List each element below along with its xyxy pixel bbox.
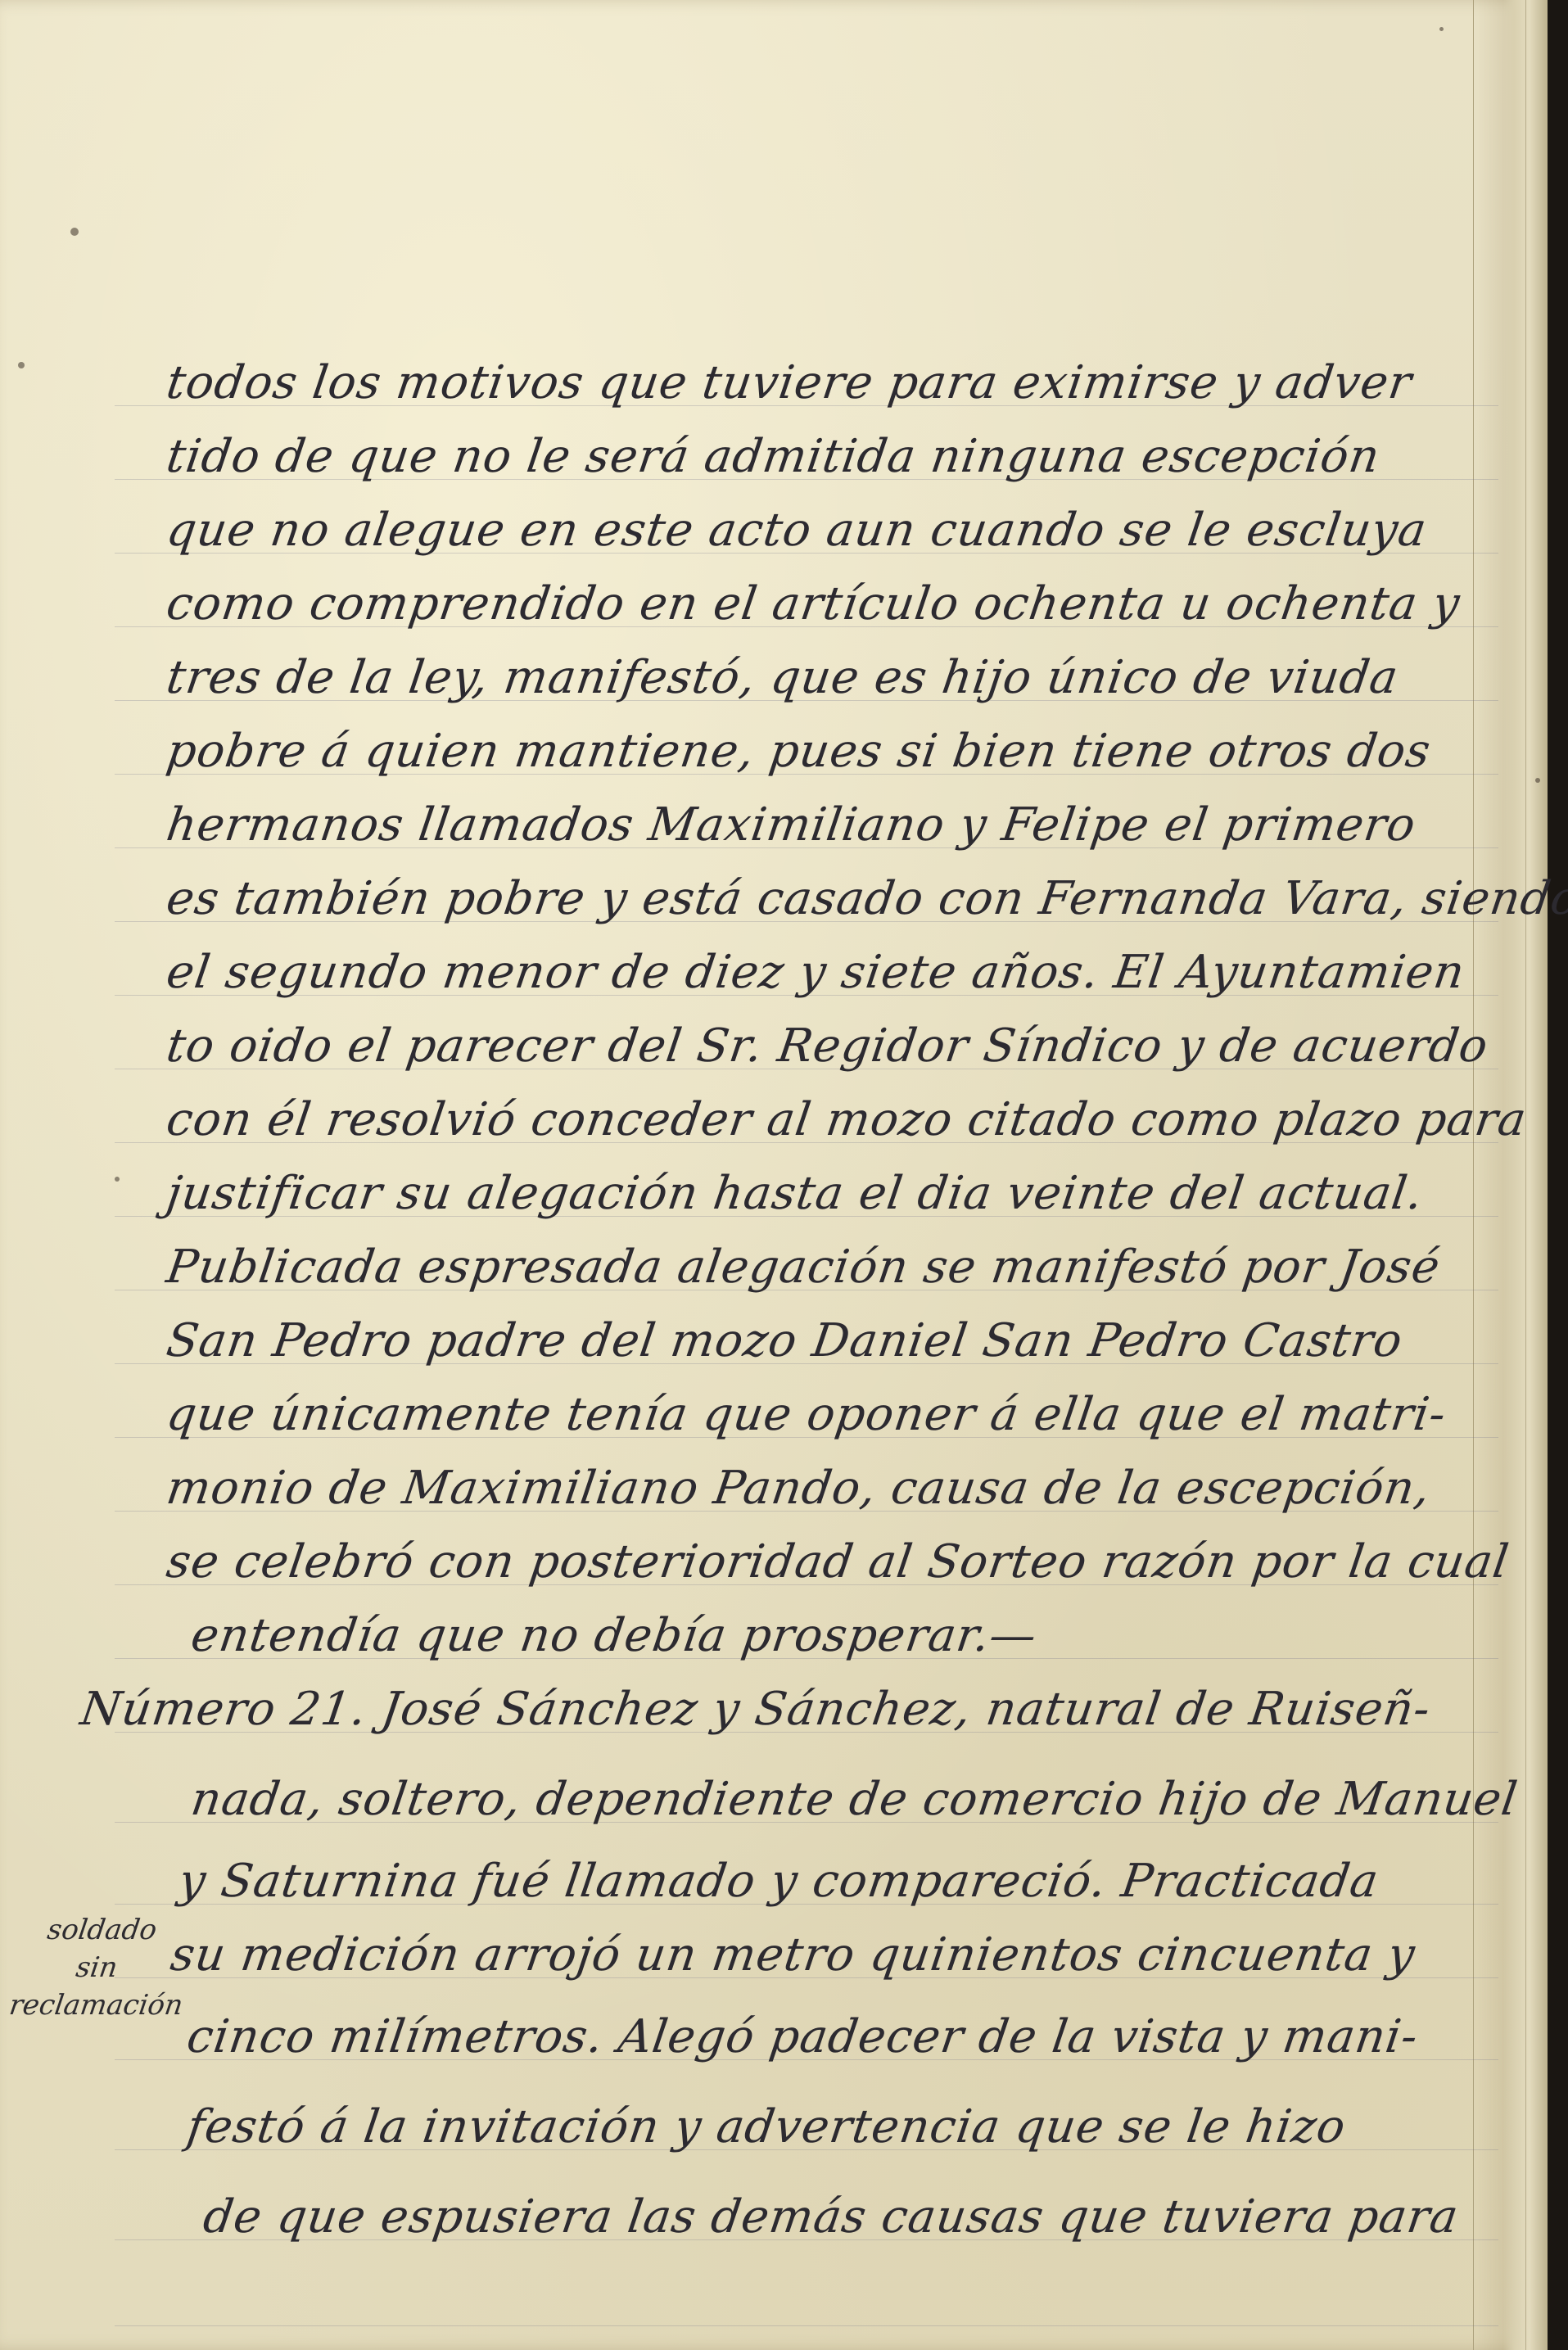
- manuscript-line: pobre á quien mantiene, pues si bien tie…: [164, 729, 1513, 775]
- manuscript-line: justificar su alegación hasta el dia vei…: [164, 1171, 1513, 1217]
- manuscript-line: y Saturnina fué llamado y compareció. Pr…: [176, 1859, 1525, 1905]
- manuscript-line: el segundo menor de diez y siete años. E…: [164, 950, 1513, 996]
- manuscript-line: tido de que no le será admitida ninguna …: [164, 434, 1513, 480]
- manuscript-line: hermanos llamados Maximiliano y Felipe e…: [164, 802, 1513, 848]
- manuscript-line: es también pobre y está casado con Ferna…: [164, 876, 1513, 922]
- manuscript-line: Publicada espresada alegación se manifes…: [164, 1245, 1513, 1290]
- manuscript-line: que no alegue en este acto aun cuando se…: [164, 508, 1513, 554]
- manuscript-line: se celebró con posterioridad al Sorteo r…: [164, 1539, 1513, 1585]
- paper-speck: [18, 362, 25, 368]
- manuscript-line: tres de la ley, manifestó, que es hijo ú…: [164, 655, 1513, 701]
- paper-speck: [115, 1177, 120, 1182]
- manuscript-line: to oido el parecer del Sr. Regidor Síndi…: [164, 1024, 1513, 1069]
- manuscript-line: como comprendido en el artículo ochenta …: [164, 581, 1513, 627]
- margin-annotation-line: soldado: [17, 1912, 186, 1950]
- paper-speck: [1535, 778, 1540, 783]
- manuscript-line: su medición arrojó un metro quinientos c…: [168, 1932, 1517, 1978]
- manuscript-line: con él resolvió conceder al mozo citado …: [164, 1097, 1513, 1143]
- manuscript-page: todos los motivos que tuviere para eximi…: [0, 0, 1548, 2350]
- manuscript-line: festó á la invitación y advertencia que …: [184, 2104, 1534, 2150]
- manuscript-line: que únicamente tenía que oponer á ella q…: [164, 1392, 1513, 1438]
- paper-speck: [70, 228, 79, 236]
- manuscript-line: todos los motivos que tuviere para eximi…: [164, 360, 1513, 406]
- manuscript-line: cinco milímetros. Alegó padecer de la vi…: [184, 2014, 1534, 2060]
- margin-annotation: soldado sin reclamación: [7, 1912, 186, 2025]
- ruled-line: [115, 2325, 1498, 2326]
- manuscript-line: monio de Maximiliano Pando, causa de la …: [164, 1466, 1513, 1512]
- margin-annotation-line: reclamación: [7, 1987, 175, 2025]
- manuscript-line-entry-heading: Número 21. José Sánchez y Sánchez, natur…: [78, 1687, 1427, 1733]
- paper-speck: [1439, 27, 1444, 31]
- manuscript-line: nada, soltero, dependiente de comercio h…: [188, 1777, 1538, 1823]
- manuscript-line: entendía que no debía prosperar.—: [188, 1613, 1538, 1659]
- manuscript-line: de que espusiera las demás causas que tu…: [201, 2194, 1550, 2240]
- manuscript-line: San Pedro padre del mozo Daniel San Pedr…: [164, 1318, 1513, 1364]
- margin-annotation-line: sin: [12, 1950, 181, 1987]
